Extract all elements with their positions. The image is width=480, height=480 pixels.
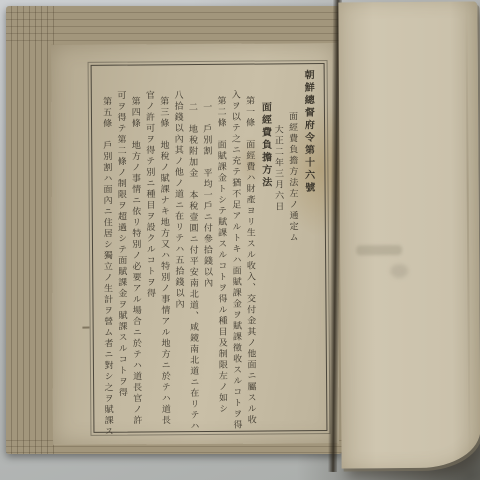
- left-page: 朝鮮總督府令第十六號面經費負擔方法左ノ通定ム大正二年三月六日面經費負擔方法第一條…: [51, 43, 339, 444]
- page-stack-left-edges: [6, 6, 54, 454]
- text-column-11: 第三條 地稅ノ賦課ナキ地方又ハ特別ノ事情アル地方ニ於テハ道長: [159, 97, 170, 427]
- ink-smudge: [390, 264, 408, 278]
- text-column-3: 大正二年三月六日: [274, 125, 283, 213]
- page-stack-top-edges: [6, 6, 342, 46]
- margin-mark: [82, 327, 89, 329]
- page-crease: [465, 2, 470, 468]
- text-column-8: 一 戶別割 平均一戶ニ付參拾錢以內: [202, 102, 212, 289]
- text-column-4: 面經費負擔方法: [259, 101, 269, 189]
- text-column-10: 八拾錢以內其ノ他ノ道ニ在リテハ五拾錢以內: [173, 90, 183, 310]
- text-column-5: 第一條 面經費ハ財產ヨリ生スル收入、交付金其ノ他面ニ屬スル收: [245, 96, 256, 426]
- text-column-6: 入ヲ以テ之ニ充テ猶不足アルトキハ面賦課金ヲ賦課徵收スルコトヲ得: [231, 90, 242, 431]
- right-page-blank: [338, 2, 480, 469]
- text-column-12: 官ノ許可ヲ得テ別ニ種目ヲ設クルコトヲ得: [145, 90, 155, 299]
- text-column-9: 二 地稅附加金 本稅壹圓ニ付平安南北道、咸鏡南北道ニ在リテハ: [188, 102, 199, 432]
- text-block: 朝鮮總督府令第十六號面經費負擔方法左ノ通定ム大正二年三月六日面經費負擔方法第一條…: [51, 43, 339, 444]
- text-column-15: 第五條 戶別割ハ面內ニ住居シ獨立ノ生計ヲ營ム者ニ對シ之ヲ賦課ス: [102, 97, 113, 438]
- text-column-7: 第二條 面賦課金トシテ賦課スルコトヲ得ル種目及制限左ノ如シ: [216, 96, 227, 415]
- ink-smudge: [356, 245, 402, 255]
- text-column-13: 第四條 地方ノ事情ニ依リ特別ノ必要アル場合ニ於テハ道長官ノ許: [131, 97, 142, 427]
- photo-background: 朝鮮總督府令第十六號面經費負擔方法左ノ通定ム大正二年三月六日面經費負擔方法第一條…: [0, 0, 480, 480]
- text-column-14: 可ヲ得テ第二條ノ制限ヲ超過シテ面賦課金ヲ賦課スルコトヲ得: [116, 90, 127, 398]
